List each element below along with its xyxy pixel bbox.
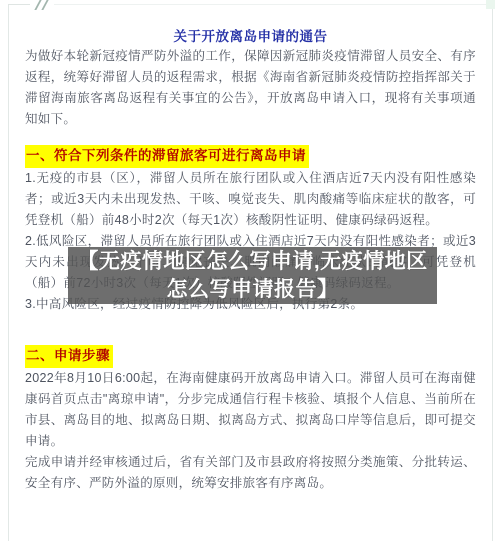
intro-paragraph: 为做好本轮新冠疫情严防外溢的工作，保障因新冠肺炎疫情滞留人员安全、有序返程，统筹… <box>25 46 476 130</box>
section1-heading: 一、符合下列条件的滞留旅客可进行离岛申请 <box>25 145 309 168</box>
section2-heading-row: 二、申请步骤 <box>25 345 476 368</box>
page-title: 关于开放离岛申请的通告 <box>25 0 476 46</box>
condition-item-1: 1.无疫的市县（区），滞留人员所在旅行团队或入住酒店近7天内没有阳性感染者；或近… <box>25 168 476 231</box>
section1-heading-row: 一、符合下列条件的滞留旅客可进行离岛申请 <box>25 145 476 168</box>
watermark-text: 【无疫情地区怎么写申请,无疫情地区 怎么写申请报告】 <box>77 248 427 304</box>
section2-heading: 二、申请步骤 <box>25 345 113 368</box>
steps-paragraph-1: 2022年8月10日6:00起，在海南健康码开放离岛申请入口。滞留人员可在海南健… <box>25 368 476 452</box>
watermark-overlay: 【无疫情地区怎么写申请,无疫情地区 怎么写申请报告】 <box>68 247 437 304</box>
steps-paragraph-2: 完成申请并经审核通过后，省有关部门及市县政府将按照分类施策、分批转运、安全有序、… <box>25 452 476 494</box>
watermark-line-1: 【无疫情地区怎么写申请,无疫情地区 <box>77 248 427 276</box>
notice-page: 关于开放离岛申请的通告 为做好本轮新冠疫情严防外溢的工作，保障因新冠肺炎疫情滞留… <box>0 0 500 541</box>
watermark-line-2: 怎么写申请报告】 <box>77 276 427 304</box>
